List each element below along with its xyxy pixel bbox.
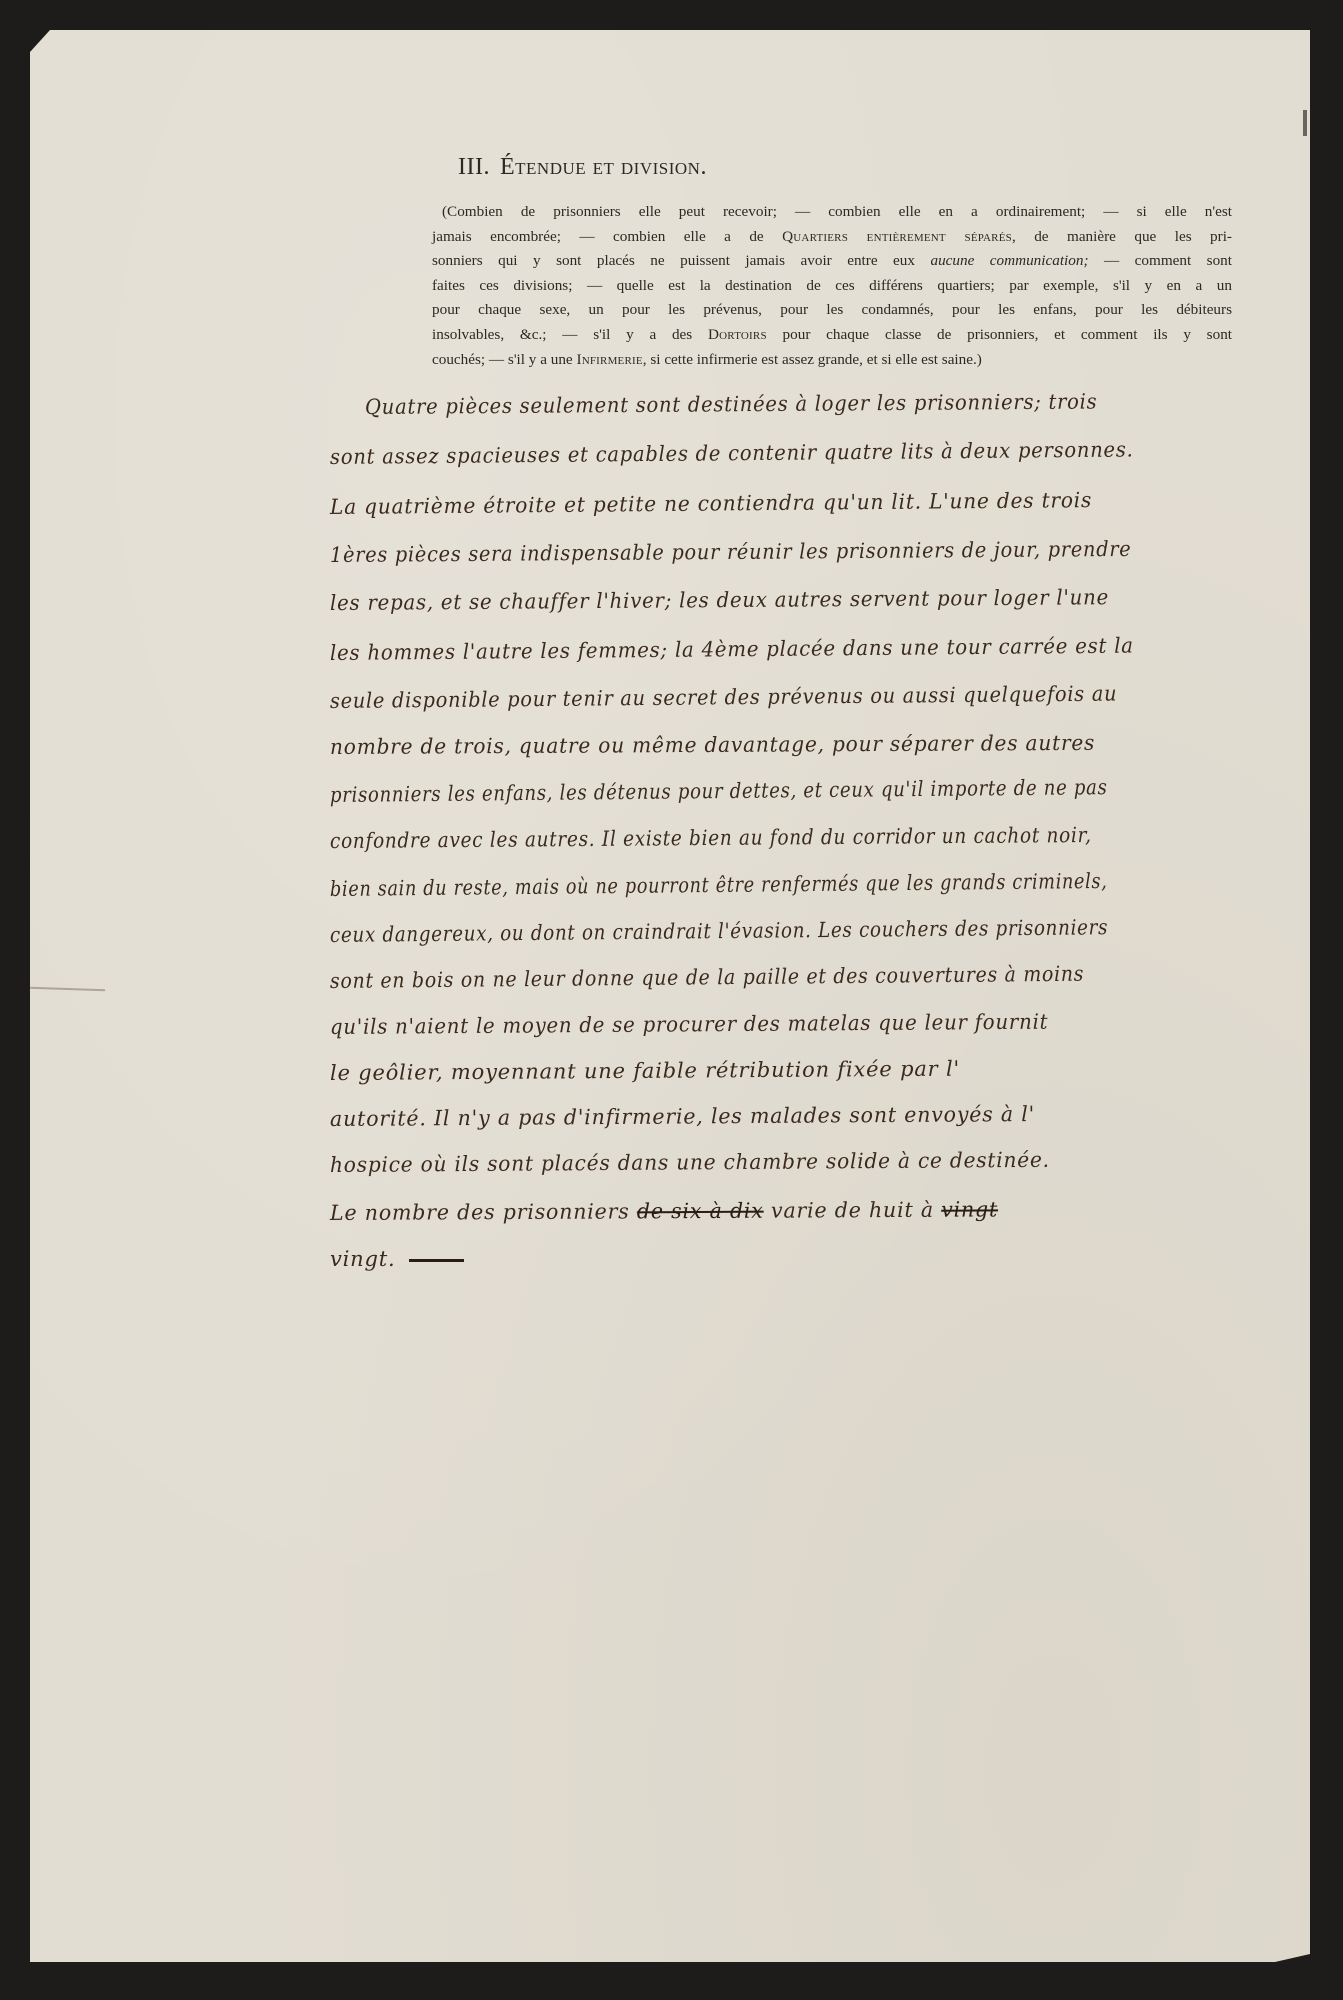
page-edge-mark [1303,110,1307,136]
question-line: pour chaque sexe, un pour les prévenus, … [432,298,1232,323]
printed-questions: (Combien de prisonniers elle peut recevo… [432,200,1232,372]
handwritten-line: nombre de trois, quatre ou même davantag… [330,731,1095,759]
section-title-text: Étendue et division. [500,154,707,180]
handwritten-line: autorité. Il n'y a pas d'infirmerie, les… [330,1102,1035,1131]
question-line: insolvables, &c.; — s'il y a des Dortoir… [432,323,1232,348]
section-heading: III.Étendue et division. [458,154,707,181]
section-number: III. [458,154,490,180]
struck-text: vingt [941,1197,998,1221]
handwritten-line: le geôlier, moyennant une faible rétribu… [330,1057,960,1085]
question-line: sonniers qui y sont placés ne puissent j… [432,249,1232,274]
emphasis-dortoirs: Dortoirs [708,326,767,343]
emphasis-quartiers: Quartiers entièrement séparés [782,228,1012,245]
closing-dash [409,1259,464,1262]
emphasis-communication: aucune communication; [930,252,1088,269]
page-tear-mark [30,987,105,998]
handwritten-text: Le nombre des prisonniers [330,1199,630,1225]
struck-text: de six à dix [637,1199,764,1224]
handwritten-line: vingt. [330,1247,464,1271]
question-line: couchés; — s'il y a une Infirmerie, si c… [432,348,1232,373]
question-line: jamais encombrée; — combien elle a de Qu… [432,225,1232,250]
emphasis-infirmerie: Infirmerie [576,351,642,368]
handwritten-text: varie de huit à [771,1198,934,1223]
question-line: (Combien de prisonniers elle peut recevo… [432,200,1232,225]
handwritten-line-with-corrections: Le nombre des prisonniers de six à dix v… [330,1197,998,1225]
question-line: faites ces divisions; — quelle est la de… [432,274,1232,299]
